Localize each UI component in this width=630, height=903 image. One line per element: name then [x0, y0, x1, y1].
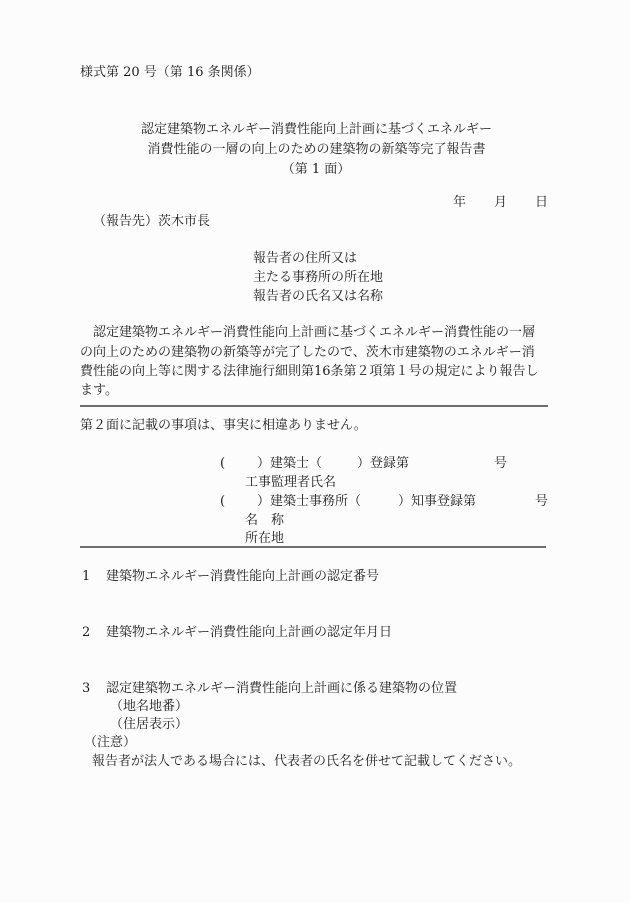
architect-paren-open: ( — [220, 455, 225, 473]
body-text-line-4: ます。 — [80, 382, 118, 400]
form-id: 様式第 20 号（第 16 条関係） — [80, 64, 260, 82]
reporter-address-label: 報告者の住所又は — [253, 250, 357, 268]
architect-registration-label: ）登録第 — [357, 455, 409, 473]
date-year: 年 — [453, 194, 466, 212]
supervisor-name-label: 工事監理者氏名 — [245, 474, 336, 492]
location-lot-label: （地名地番） — [110, 698, 188, 716]
item-1-label: 建築物エネルギー消費性能向上計画の認定番号 — [106, 568, 379, 586]
office-class-label: ）建築士事務所（ — [257, 493, 361, 511]
item-3-number: 3 — [82, 680, 90, 698]
body-text-line-2: の向上のための建築物の新築等が完了したので、茨木市建築物のエネルギー消 — [80, 344, 535, 362]
architect-number-suffix: 号 — [494, 455, 507, 473]
divider-bottom — [80, 546, 546, 548]
architect-class-label: ）建築士（ — [257, 455, 322, 473]
document-title: 認定建築物エネルギー消費性能向上計画に基づくエネルギー 消費性能の一層の向上のた… — [0, 121, 630, 179]
reporter-office-label: 主たる事務所の所在地 — [253, 269, 383, 287]
item-2-number: 2 — [82, 624, 90, 642]
office-name-label: 名 称 — [245, 512, 284, 530]
body-text-line-3: 費性能の向上等に関する法律施行細則第16条第２項第１号の規定により報告し — [80, 363, 539, 381]
date-day: 日 — [535, 194, 548, 212]
title-line-1: 認定建築物エネルギー消費性能向上計画に基づくエネルギー — [0, 121, 630, 139]
note-heading: （注意） — [84, 734, 136, 752]
office-registration-label: ）知事登録第 — [398, 493, 476, 511]
declaration: 第２面に記載の事項は、事実に相違ありません。 — [80, 417, 367, 435]
location-residence-label: （住居表示） — [110, 716, 188, 734]
item-3-label: 認定建築物エネルギー消費性能向上計画に係る建築物の位置 — [106, 680, 457, 698]
date-month: 月 — [494, 194, 507, 212]
item-2-label: 建築物エネルギー消費性能向上計画の認定年月日 — [106, 624, 392, 642]
title-line-2: 消費性能の一層の向上のための建築物の新築等完了報告書 — [0, 141, 630, 159]
item-1-number: 1 — [82, 568, 90, 586]
addressee: （報告先）茨木市長 — [93, 213, 210, 231]
reporter-name-label: 報告者の氏名又は名称 — [253, 288, 383, 306]
divider-top — [80, 405, 548, 407]
page-label: （第 1 面） — [0, 161, 630, 179]
note-text: 報告者が法人である場合には、代表者の氏名を併せて記載してください。 — [92, 753, 521, 771]
office-paren-open: ( — [220, 493, 225, 511]
body-text-line-1: 認定建築物エネルギー消費性能向上計画に基づくエネルギー消費性能の一層 — [93, 324, 535, 342]
office-number-suffix: 号 — [535, 493, 548, 511]
